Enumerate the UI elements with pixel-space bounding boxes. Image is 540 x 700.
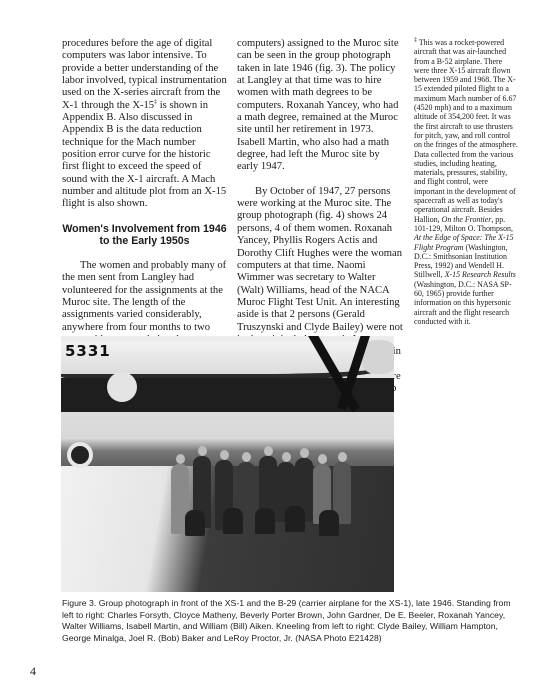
group-photograph: 5331 <box>61 336 394 592</box>
person-head <box>264 446 273 456</box>
kneeling-person <box>223 508 243 534</box>
paragraph-gap <box>237 174 403 186</box>
person-head <box>300 448 309 458</box>
footnote-column: ‡ This was a rocket-powered aircraft tha… <box>414 38 519 326</box>
person-head <box>176 454 185 464</box>
paragraph-text-continued: is shown in Appendix B. Also discussed i… <box>62 100 226 210</box>
kneeling-person <box>185 510 205 536</box>
book-title: On the Frontier <box>442 215 492 224</box>
section-heading: Women's Involvement from 1946 to the Ear… <box>62 223 227 248</box>
footnote-text: This was a rocket-powered aircraft that … <box>414 38 518 224</box>
footnote-x15: ‡ This was a rocket-powered aircraft tha… <box>414 38 519 326</box>
kneeling-person <box>255 508 275 534</box>
person-head <box>318 454 327 464</box>
person-head <box>338 452 347 462</box>
group-of-people <box>171 444 356 544</box>
landing-wheel <box>67 442 93 468</box>
person-head <box>282 452 291 462</box>
person-head <box>198 446 207 456</box>
b29-fuselage <box>61 342 394 380</box>
aircraft-marking: 5331 <box>65 342 111 360</box>
footnote-text: (Washington, D.C.: NASA SP-60, 1965) pro… <box>414 280 512 326</box>
book-title: X-15 Research Results <box>445 270 516 279</box>
person-head <box>242 452 251 462</box>
kneeling-person <box>319 510 339 536</box>
figure-caption: Figure 3. Group photograph in front of t… <box>62 598 522 644</box>
paragraph-computers: computers) assigned to the Muroc site ca… <box>237 38 403 174</box>
kneeling-person <box>285 506 305 532</box>
person-head <box>220 450 229 460</box>
turret-dome <box>107 372 137 402</box>
page-number: 4 <box>30 664 36 679</box>
paragraph-instrumentation: procedures before the age of digital com… <box>62 38 227 211</box>
